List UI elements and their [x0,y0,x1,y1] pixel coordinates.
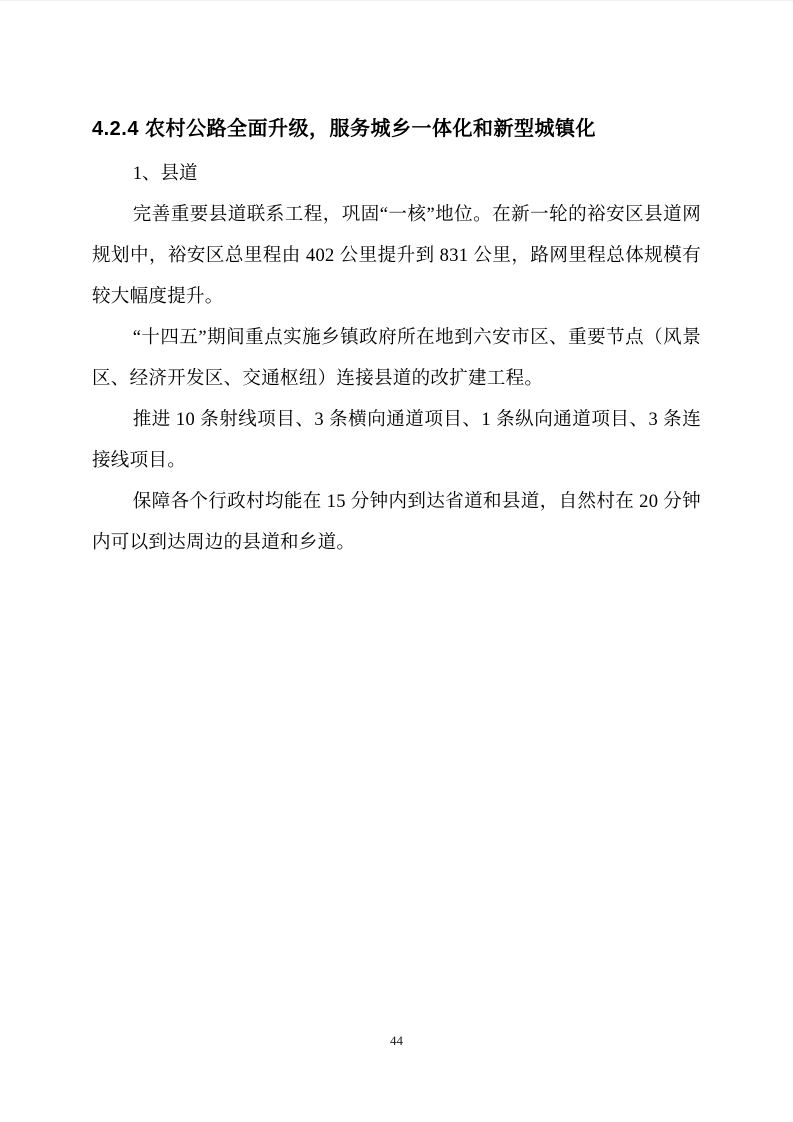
section-heading: 4.2.4 农村公路全面升级，服务城乡一体化和新型城镇化 [92,113,701,145]
document-page: 4.2.4 农村公路全面升级，服务城乡一体化和新型城镇化 1、县道 完善重要县道… [0,0,793,1122]
paragraph: 完善重要县道联系工程，巩固“一核”地位。在新一轮的裕安区县道网规划中，裕安区总里… [92,195,701,318]
paragraph: 推进 10 条射线项目、3 条横向通道项目、1 条纵向通道项目、3 条连接线项目… [92,400,701,482]
list-item-heading: 1、县道 [92,154,701,195]
paragraph: “十四五”期间重点实施乡镇政府所在地到六安市区、重要节点（风景区、经济开发区、交… [92,318,701,400]
page-number: 44 [0,1033,793,1049]
document-content: 4.2.4 农村公路全面升级，服务城乡一体化和新型城镇化 1、县道 完善重要县道… [92,113,701,564]
paragraph: 保障各个行政村均能在 15 分钟内到达省道和县道，自然村在 20 分钟内可以到达… [92,482,701,564]
